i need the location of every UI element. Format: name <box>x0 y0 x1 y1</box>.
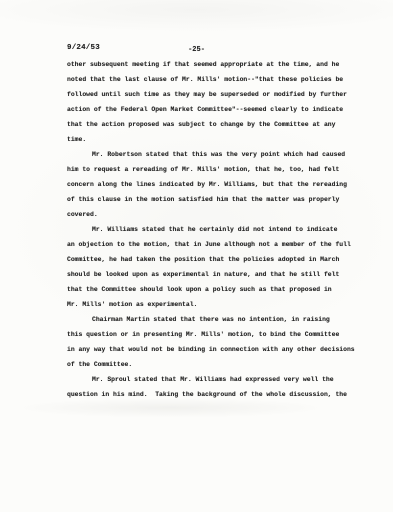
header-date: 9/24/53 <box>67 44 100 52</box>
paragraph: Chairman Martin stated that there was no… <box>67 312 367 372</box>
page-number: -25- <box>188 46 205 54</box>
paragraph: Mr. Sproul stated that Mr. Williams had … <box>67 372 367 402</box>
paragraph: Mr. Williams stated that he certainly di… <box>67 222 367 312</box>
paragraph: Mr. Robertson stated that this was the v… <box>67 147 367 222</box>
document-body: other subsequent meeting if that seemed … <box>67 57 367 402</box>
document-page: 9/24/53 -25- other subsequent meeting if… <box>0 0 393 512</box>
paragraph: other subsequent meeting if that seemed … <box>67 57 367 147</box>
